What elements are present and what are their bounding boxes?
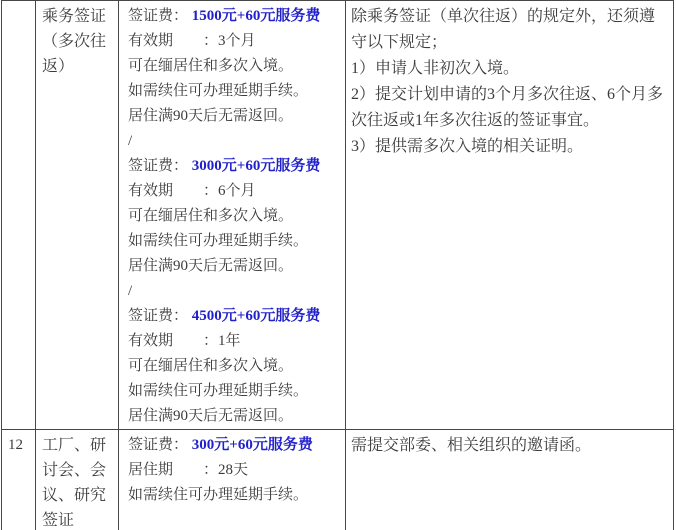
detail-line: 签证费： 3000元+60元服务费 bbox=[128, 154, 339, 179]
detail-line: 可在缅居住和多次入境。 bbox=[128, 204, 339, 229]
visa-fee-table: 乘务签证（多次往返） 签证费： 1500元+60元服务费 有效期 ：3个月 可在… bbox=[1, 0, 674, 530]
note-paragraph: 2）提交计划申请的3个月多次往返、6个月多次往返或1年多次往返的签证事宜。 bbox=[351, 82, 669, 134]
detail-line: 有效期 ：3个月 bbox=[128, 29, 339, 54]
fee-value: 1500元+60元服务费 bbox=[192, 8, 321, 24]
visa-details-cell: 签证费： 300元+60元服务费 居住期 ：28天 如需续住可办理延期手续。 bbox=[119, 430, 346, 530]
detail-line: 如需续住可办理延期手续。 bbox=[128, 79, 339, 104]
detail-line: 如需续住可办理延期手续。 bbox=[128, 483, 339, 508]
detail-line: 可在缅居住和多次入境。 bbox=[128, 354, 339, 379]
row-number-cell bbox=[2, 1, 36, 430]
detail-line: 签证费： 1500元+60元服务费 bbox=[128, 4, 339, 29]
fee-value: 4500元+60元服务费 bbox=[192, 308, 321, 324]
note-paragraph: 1）申请人非初次入境。 bbox=[351, 56, 669, 82]
notes-cell: 需提交部委、相关组织的邀请函。 bbox=[346, 430, 674, 530]
detail-line: 签证费： 300元+60元服务费 bbox=[128, 433, 339, 458]
detail-line: 居住满90天后无需返回。 bbox=[128, 404, 339, 429]
detail-line: 签证费： 4500元+60元服务费 bbox=[128, 304, 339, 329]
notes-cell: 除乘务签证（单次往返）的规定外，还须遵守以下规定； 1）申请人非初次入境。 2）… bbox=[346, 1, 674, 430]
detail-line: 有效期 ：6个月 bbox=[128, 179, 339, 204]
visa-type-label: 乘务签证（多次往返） bbox=[42, 8, 106, 75]
detail-line: 有效期 ：1年 bbox=[128, 329, 339, 354]
detail-separator: / bbox=[128, 129, 339, 154]
visa-type-cell: 工厂、研讨会、会议、研究签证 bbox=[36, 430, 119, 530]
detail-line: 居住期 ：28天 bbox=[128, 458, 339, 483]
visa-type-cell: 乘务签证（多次往返） bbox=[36, 1, 119, 430]
document-page: 乘务签证（多次往返） 签证费： 1500元+60元服务费 有效期 ：3个月 可在… bbox=[0, 0, 676, 530]
detail-line: 可在缅居住和多次入境。 bbox=[128, 54, 339, 79]
note-paragraph: 3）提供需多次入境的相关证明。 bbox=[351, 134, 669, 160]
detail-separator: / bbox=[128, 279, 339, 304]
detail-line: 如需续住可办理延期手续。 bbox=[128, 379, 339, 404]
detail-line: 居住满90天后无需返回。 bbox=[128, 104, 339, 129]
visa-details-cell: 签证费： 1500元+60元服务费 有效期 ：3个月 可在缅居住和多次入境。 如… bbox=[119, 1, 346, 430]
detail-line: 居住满90天后无需返回。 bbox=[128, 254, 339, 279]
visa-type-label: 工厂、研讨会、会议、研究签证 bbox=[42, 437, 106, 529]
table-row-visa-12: 12 工厂、研讨会、会议、研究签证 签证费： 300元+60元服务费 居住期 ：… bbox=[2, 430, 674, 530]
row-number: 12 bbox=[8, 437, 23, 453]
row-number-cell: 12 bbox=[2, 430, 36, 530]
detail-line: 如需续住可办理延期手续。 bbox=[128, 229, 339, 254]
note-paragraph: 除乘务签证（单次往返）的规定外，还须遵守以下规定； bbox=[351, 4, 669, 56]
table-row-visa-11: 乘务签证（多次往返） 签证费： 1500元+60元服务费 有效期 ：3个月 可在… bbox=[2, 1, 674, 430]
fee-value: 3000元+60元服务费 bbox=[192, 158, 321, 174]
fee-value: 300元+60元服务费 bbox=[192, 437, 313, 453]
note-paragraph: 需提交部委、相关组织的邀请函。 bbox=[351, 433, 669, 459]
